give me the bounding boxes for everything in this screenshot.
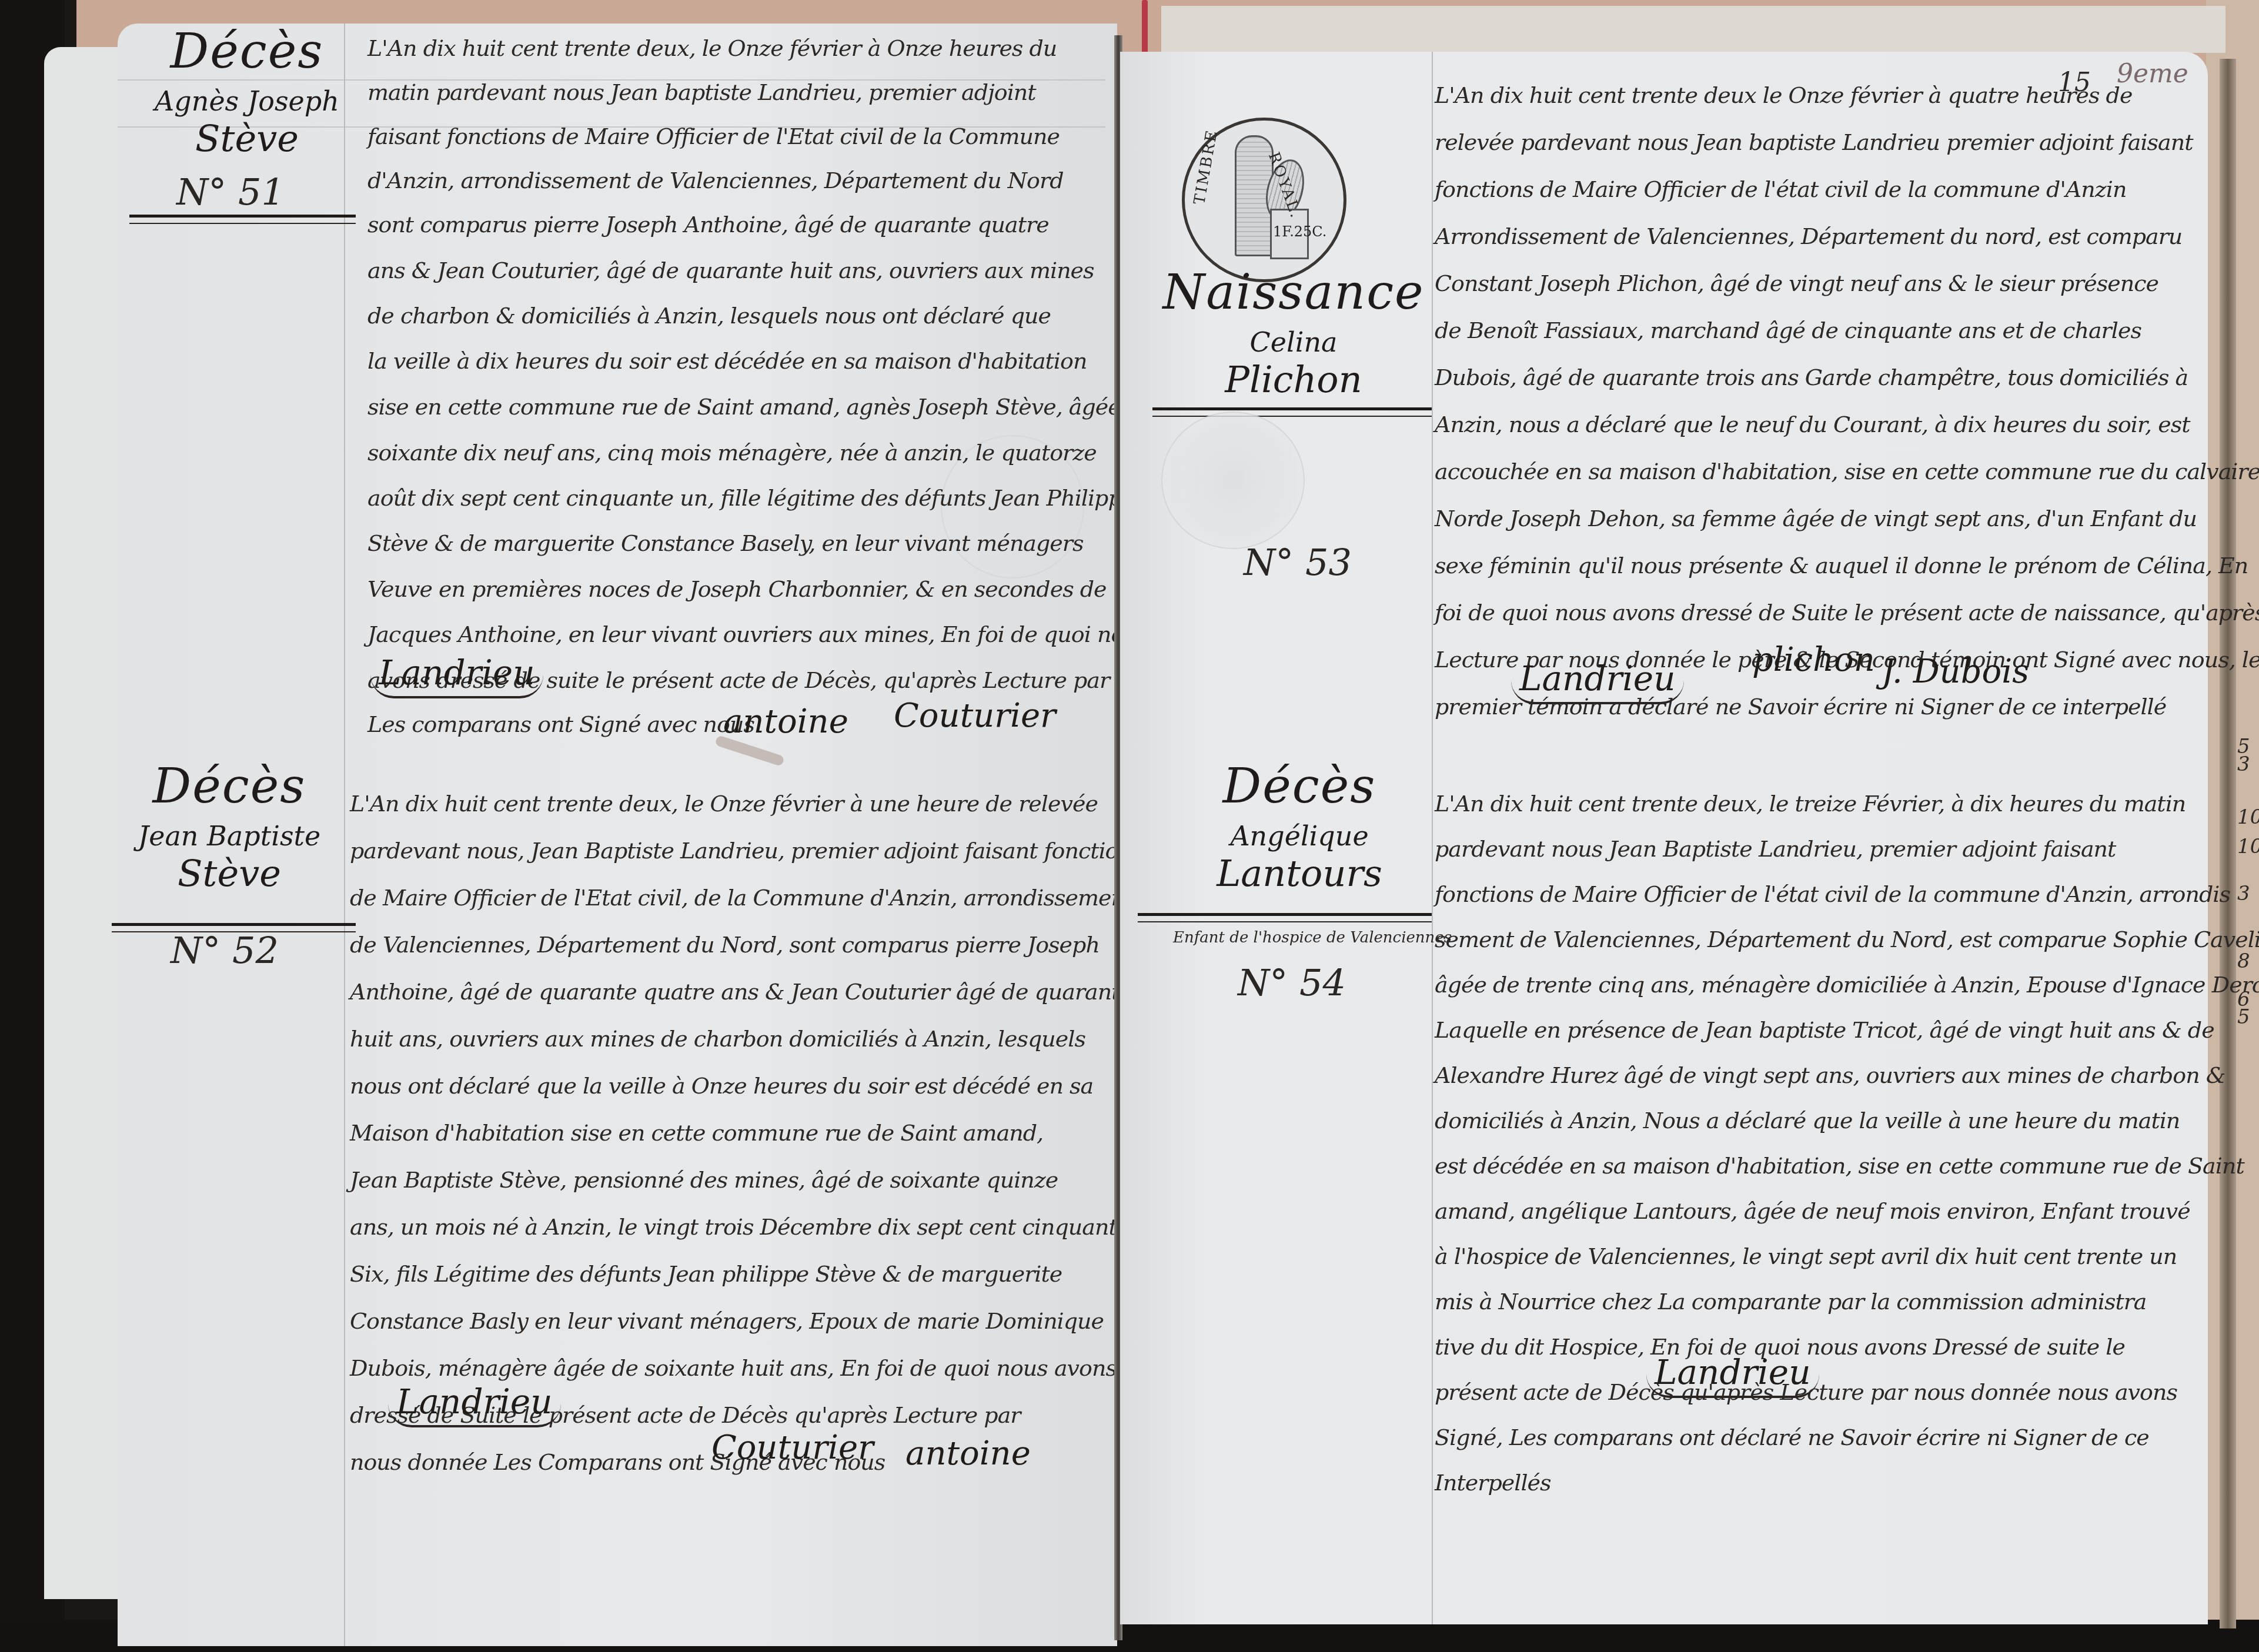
entry-kind: Décès xyxy=(1170,758,1429,814)
signature-dubois: J. Dubois xyxy=(1882,653,2029,691)
heading-separator xyxy=(1138,913,1432,922)
body-line: pardevant nous Jean Baptiste Landrieu, p… xyxy=(1435,836,2116,862)
entry-note: Enfant de l'hospice de Valenciennes xyxy=(1173,929,1452,947)
body-line: ans, un mois né à Anzin, le vingt trois … xyxy=(350,1214,1129,1240)
entry-given-names: Angélique xyxy=(1170,820,1429,852)
signature-plichon: plichon xyxy=(1752,641,1875,679)
body-line: de Valenciennes, Département du Nord, so… xyxy=(350,932,1100,958)
entry-kind: Naissance xyxy=(1155,265,1432,320)
body-line: pardevant nous, Jean Baptiste Landrieu, … xyxy=(350,838,1142,864)
body-line: la veille à dix heures du soir est décéd… xyxy=(367,348,1087,374)
body-line: Veuve en premières noces de Joseph Charb… xyxy=(367,576,1107,602)
body-line: fonctions de Maire Officier de l'état ci… xyxy=(1435,881,2230,907)
body-line: Maison d'habitation sise en cette commun… xyxy=(350,1120,1043,1146)
body-line: fonctions de Maire Officier de l'état ci… xyxy=(1435,176,2126,202)
body-line: Dubois, ménagère âgée de soixante huit a… xyxy=(350,1355,1117,1381)
entry-surname: Lantours xyxy=(1170,852,1429,895)
entry-kind: Décès xyxy=(135,24,359,79)
body-line: ans & Jean Couturier, âgé de quarante hu… xyxy=(367,258,1094,283)
entry-kind: Décès xyxy=(118,758,341,814)
royal-stamp: 1F.25C. TIMBRE ROYAL. xyxy=(1182,118,1346,282)
body-line: mis à Nourrice chez La comparante par la… xyxy=(1435,1289,2147,1315)
body-line: âgée de trente cinq ans, ménagère domici… xyxy=(1435,972,2259,998)
signature: antoine xyxy=(723,703,848,741)
signature-landrieu: Landrieu xyxy=(1646,1352,1819,1398)
body-line: soixante dix neuf ans, cinq mois ménagèr… xyxy=(367,440,1097,466)
body-line: de charbon & domiciliés à Anzin, lesquel… xyxy=(367,303,1051,329)
body-line: Constance Basly en leur vivant ménagers,… xyxy=(350,1308,1104,1334)
body-line: août dix sept cent cinquante un, fille l… xyxy=(367,485,1134,511)
entry-given-names: Celina xyxy=(1155,326,1432,358)
body-line: relevée pardevant nous Jean baptiste Lan… xyxy=(1435,129,2193,155)
edge-number: 3 xyxy=(2237,753,2250,776)
entry-53-heading: Naissance Celina Plichon xyxy=(1155,265,1432,401)
body-line: Dubois, âgé de quarante trois ans Garde … xyxy=(1435,364,2188,390)
body-line: domiciliés à Anzin, Nous a déclaré que l… xyxy=(1435,1108,2180,1133)
page-edges xyxy=(2220,59,2236,1628)
body-line: Jacques Anthoine, en leur vivant ouvrier… xyxy=(367,621,1148,647)
body-line: Jean Baptiste Stève, pensionné des mines… xyxy=(350,1167,1058,1193)
body-line: Arrondissement de Valenciennes, Départem… xyxy=(1435,223,2182,249)
entry-51-heading: Décès Agnès Joseph Stève xyxy=(135,24,359,160)
body-line: Anthoine, âgé de quarante quatre ans & J… xyxy=(350,979,1132,1005)
body-line: sexe féminin qu'il nous présente & auque… xyxy=(1435,553,2248,578)
body-line: L'An dix huit cent trente deux, le treiz… xyxy=(1435,791,2186,817)
entry-52-heading: Décès Jean Baptiste Stève xyxy=(118,758,341,895)
edge-number: 3 xyxy=(2237,882,2250,905)
signature: Couturier xyxy=(894,697,1056,735)
entry-54-heading: Décès Angélique Lantours xyxy=(1170,758,1429,895)
heading-separator xyxy=(129,215,356,224)
body-line: huit ans, ouvriers aux mines de charbon … xyxy=(350,1026,1085,1052)
body-line: foi de quoi nous avons dressé de Suite l… xyxy=(1435,600,2259,626)
edge-number: 5 xyxy=(2237,1005,2250,1029)
body-line: Stève & de marguerite Constance Basely, … xyxy=(367,530,1084,556)
body-line: Constant Joseph Plichon, âgé de vingt ne… xyxy=(1435,270,2158,296)
entry-surname: Stève xyxy=(118,852,341,895)
body-line: matin pardevant nous Jean baptiste Landr… xyxy=(367,79,1036,105)
body-line: sise en cette commune rue de Saint amand… xyxy=(367,394,1154,420)
stamp-value: 1F.25C. xyxy=(1273,223,1327,240)
body-line: sement de Valenciennes, Département du N… xyxy=(1435,927,2259,952)
body-line: d'Anzin, arrondissement de Valenciennes,… xyxy=(367,168,1063,193)
margin-rule xyxy=(344,24,345,1646)
body-line: L'An dix huit cent trente deux, le Onze … xyxy=(367,35,1057,61)
entry-number: N° 52 xyxy=(171,929,279,972)
body-line: de Benoît Fassiaux, marchand âgé de cinq… xyxy=(1435,317,2141,343)
entry-given-names: Agnès Joseph xyxy=(135,85,359,117)
entry-given-names: Jean Baptiste xyxy=(118,820,341,852)
signature-landrieu: Landrieu xyxy=(1511,658,1684,704)
entry-number: N° 53 xyxy=(1244,541,1352,584)
signature: antoine xyxy=(905,1434,1031,1473)
body-line: Signé, Les comparans ont déclaré ne Savo… xyxy=(1435,1424,2149,1450)
edge-number: 10 xyxy=(2237,835,2259,858)
body-line: est décédée en sa maison d'habitation, s… xyxy=(1435,1153,2244,1179)
edge-number: 8 xyxy=(2237,949,2250,973)
signature: Couturier xyxy=(711,1429,874,1467)
entry-surname: Plichon xyxy=(1155,358,1432,401)
body-line: accouchée en sa maison d'habitation, sis… xyxy=(1435,459,2259,484)
signature-landrieu: Landrieu xyxy=(370,653,543,698)
body-line: L'An dix huit cent trente deux le Onze f… xyxy=(1435,82,2132,108)
body-line: Anzin, nous a déclaré que le neuf du Cou… xyxy=(1435,412,2190,437)
body-line: à l'hospice de Valenciennes, le vingt se… xyxy=(1435,1243,2177,1269)
body-line: L'An dix huit cent trente deux, le Onze … xyxy=(350,791,1098,817)
body-line: Six, fils Légitime des défunts Jean phil… xyxy=(350,1261,1062,1287)
underlying-page-top xyxy=(1161,6,2225,53)
body-line: de Maire Officier de l'Etat civil, de la… xyxy=(350,885,1133,911)
red-ribbon-bookmark xyxy=(1142,0,1148,53)
body-line: Les comparans ont Signé avec nous xyxy=(367,711,754,737)
body-line: Laquelle en présence de Jean baptiste Tr… xyxy=(1435,1017,2214,1043)
body-line: Alexandre Hurez âgé de vingt sept ans, o… xyxy=(1435,1062,2225,1088)
embossed-seal xyxy=(1161,412,1305,549)
body-line: Norde Joseph Dehon, sa femme âgée de vin… xyxy=(1435,506,2197,531)
heading-separator xyxy=(1152,407,1432,417)
entry-surname: Stève xyxy=(135,117,359,160)
body-line: Interpellés xyxy=(1435,1470,1551,1496)
entry-number: N° 51 xyxy=(176,170,285,213)
body-line: faisant fonctions de Maire Officier de l… xyxy=(367,123,1060,149)
entry-number: N° 54 xyxy=(1238,961,1346,1004)
body-line: sont comparus pierre Joseph Anthoine, âg… xyxy=(367,212,1049,238)
body-line: nous ont déclaré que la veille à Onze he… xyxy=(350,1073,1093,1099)
signature-landrieu: Landrieu xyxy=(388,1382,561,1427)
margin-rule xyxy=(1432,52,1433,1624)
body-line: amand, angélique Lantours, âgée de neuf … xyxy=(1435,1198,2190,1224)
edge-number: 10 xyxy=(2237,805,2259,829)
